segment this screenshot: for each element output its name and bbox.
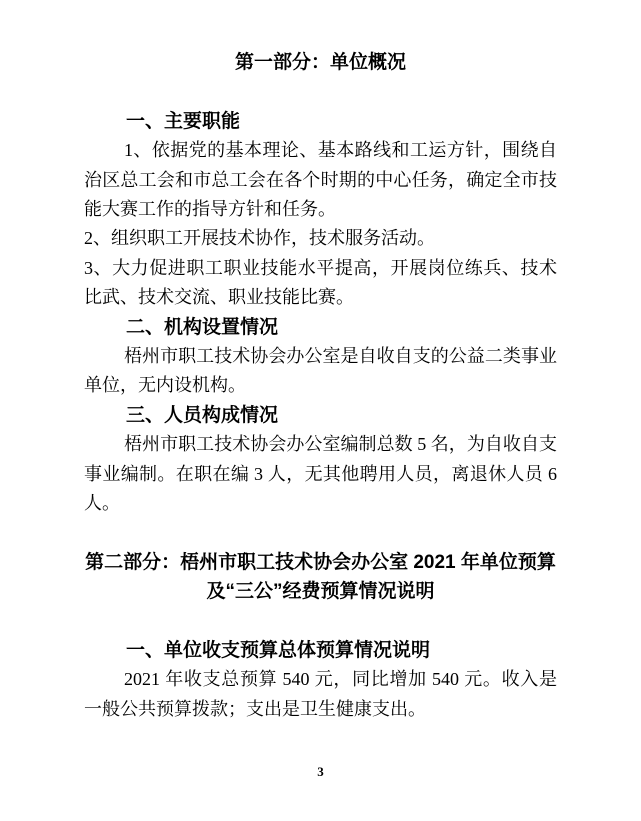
document-page: { "document": { "part1": { "title": "第一部… [0, 0, 641, 821]
part2-section1-heading: 一、单位收支预算总体预算情况说明 [84, 636, 557, 665]
part1-section1-paragraph-2: 2、组织职工开展技术协作，技术服务活动。 [84, 224, 557, 253]
part2-title: 第二部分：梧州市职工技术协会办公室 2021 年单位预算及“三公”经费预算情况说… [84, 548, 557, 607]
part1-section2-heading: 二、机构设置情况 [84, 313, 557, 342]
part1-section3-paragraph-1: 梧州市职工技术协会办公室编制总数 5 名，为自收自支事业编制。在职在编 3 人，… [84, 430, 557, 518]
part1-section3-heading: 三、人员构成情况 [84, 401, 557, 430]
part1-section1-heading: 一、主要职能 [84, 107, 557, 136]
page-number: 3 [0, 764, 641, 780]
part1-title: 第一部分：单位概况 [84, 48, 557, 77]
part2-section1-paragraph-1: 2021 年收支总预算 540 元，同比增加 540 元。收入是一般公共预算拨款… [84, 665, 557, 724]
document-body: 第一部分：单位概况 一、主要职能 1、依据党的基本理论、基本路线和工运方针，围绕… [84, 48, 557, 724]
part1-section1-paragraph-1: 1、依据党的基本理论、基本路线和工运方针，围绕自治区总工会和市总工会在各个时期的… [84, 136, 557, 224]
part1-section1-paragraph-3: 3、大力促进职工职业技能水平提高，开展岗位练兵、技术比武、技术交流、职业技能比赛… [84, 254, 557, 313]
part1-section2-paragraph-1: 梧州市职工技术协会办公室是自收自支的公益二类事业单位，无内设机构。 [84, 342, 557, 401]
